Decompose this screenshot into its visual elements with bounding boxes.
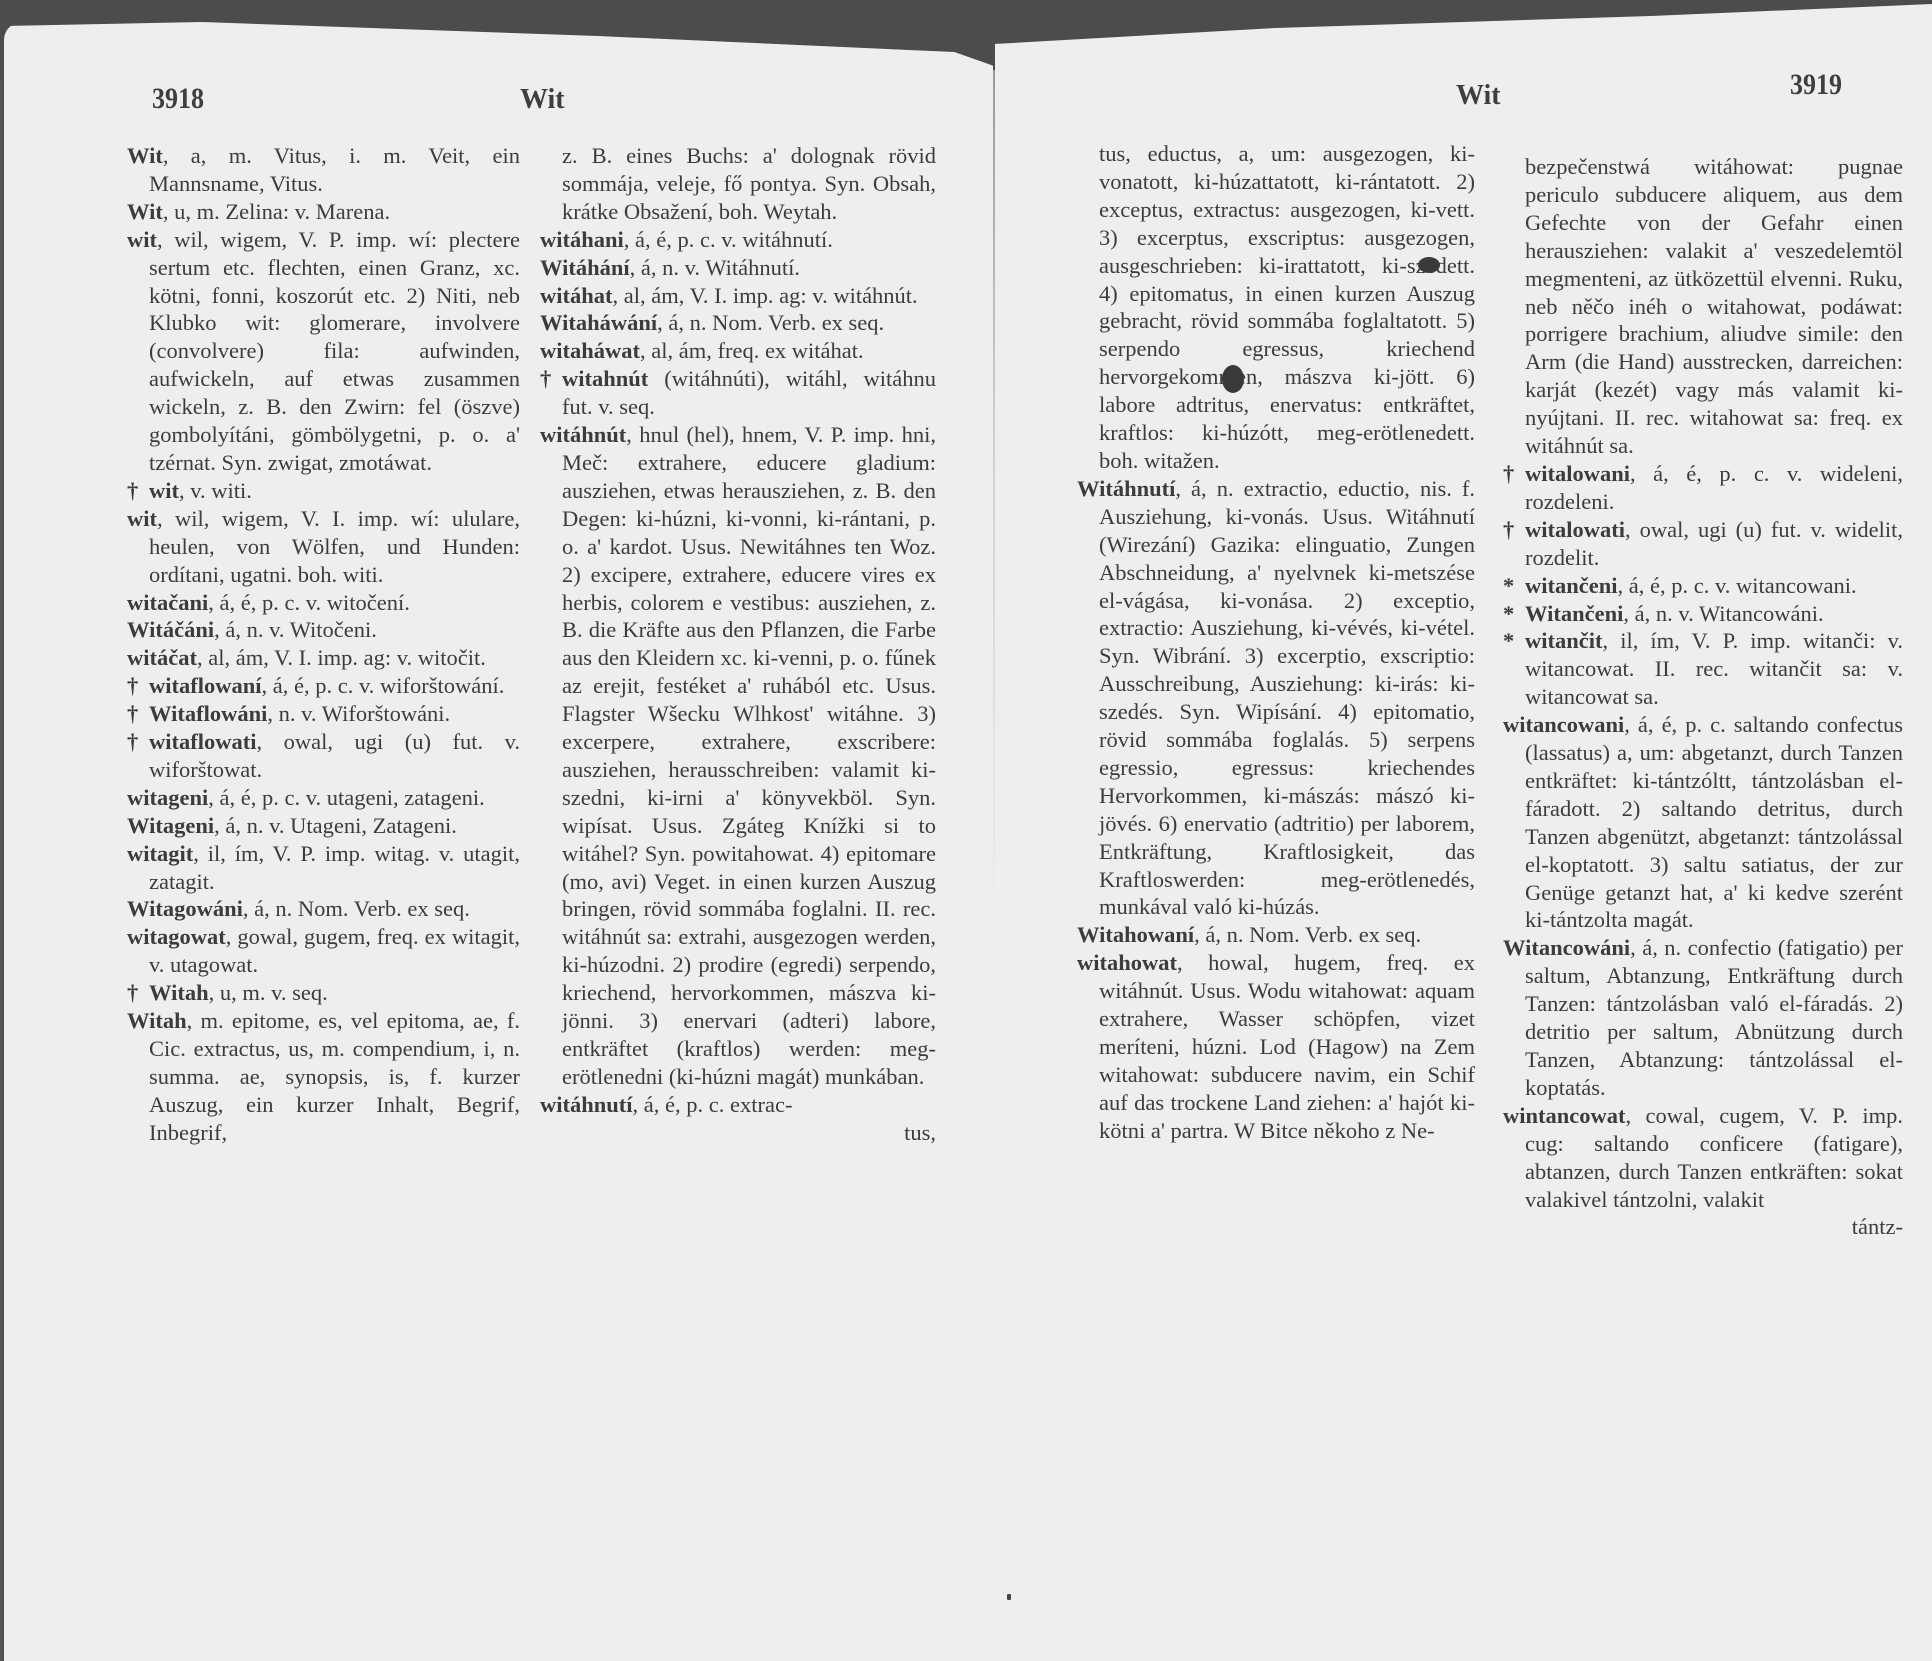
dictionary-entry: Witageni, á, n. v. Utageni, Zatageni. — [127, 812, 520, 840]
entry-headword: wit — [127, 506, 157, 531]
entry-headword: witaflowaní — [149, 673, 262, 698]
entry-headword: Witah — [127, 1008, 187, 1033]
dagger-mark-icon: † — [1503, 516, 1525, 544]
entry-headword: witageni — [127, 785, 208, 810]
entry-headword: Witáhnutí — [1077, 476, 1175, 501]
dagger-mark-icon: † — [1503, 460, 1525, 488]
dictionary-entry: †witaflowati, owal, ugi (u) fut. v. wifo… — [127, 728, 520, 784]
entry-definition: , á, n. v. Witáhnutí. — [630, 255, 800, 280]
entry-definition: , al, ám, V. I. imp. ag: v. witočit. — [197, 645, 486, 670]
running-head-left: Wit — [520, 84, 565, 116]
dictionary-entry: witancowani, á, é, p. c. saltando confec… — [1503, 711, 1903, 934]
dictionary-entry: witáčat, al, ám, V. I. imp. ag: v. witoč… — [127, 644, 520, 672]
dictionary-entry: witagit, il, ím, V. P. imp. witag. v. ut… — [127, 840, 520, 896]
dictionary-entry: bezpečenstwá witáhowat: pugnae periculo … — [1503, 153, 1903, 460]
dictionary-entry: †witalowani, á, é, p. c. v. wideleni, ro… — [1503, 460, 1903, 516]
dictionary-entry: witahowat, howal, hugem, freq. ex witáhn… — [1077, 949, 1475, 1144]
entry-definition: , u, m. v. seq. — [209, 980, 328, 1005]
dictionary-entry: †wit, v. witi. — [127, 477, 520, 505]
dictionary-entry: †witalowati, owal, ugi (u) fut. v. widel… — [1503, 516, 1903, 572]
dictionary-entry: witagowat, gowal, gugem, freq. ex witagi… — [127, 923, 520, 979]
dictionary-entry: wit, wil, wigem, V. P. imp. wí: plectere… — [127, 226, 520, 477]
entry-definition: , á, n. Nom. Verb. ex seq. — [1194, 922, 1421, 947]
entry-definition: , al, ám, V. I. imp. ag: v. witáhnút. — [613, 283, 918, 308]
entry-headword: Witageni — [127, 813, 214, 838]
entry-definition: z. B. eines Buchs: a' dolognak rövid som… — [562, 143, 936, 224]
asterisk-mark-icon: * — [1503, 572, 1525, 600]
entry-definition: , n. v. Wiforštowáni. — [267, 701, 450, 726]
entry-headword: Wit — [127, 143, 163, 168]
entry-definition: , á, n. v. Witancowáni. — [1623, 601, 1823, 626]
entry-definition: , á, é, p. c. extrac- — [633, 1092, 793, 1117]
entry-headword: witagit — [127, 841, 193, 866]
dictionary-entry: wit, wil, wigem, V. I. imp. wí: ululare,… — [127, 505, 520, 589]
entry-headword: witahnút — [562, 366, 648, 391]
dictionary-entry: †witahnút (witáhnúti), witáhl, witáhnu f… — [540, 365, 936, 421]
ink-speck — [1007, 1594, 1011, 1600]
entry-headword: Witancowáni — [1503, 935, 1630, 960]
entry-headword: Witáhání — [540, 255, 630, 280]
entry-headword: Witahowaní — [1077, 922, 1194, 947]
dictionary-entry: tus, eductus, a, um: ausgezogen, ki-vona… — [1077, 140, 1475, 475]
dagger-mark-icon: † — [127, 700, 149, 728]
entry-headword: witáčat — [127, 645, 197, 670]
page-number-left: 3918 — [152, 82, 204, 117]
entry-headword: Witančeni — [1525, 601, 1623, 626]
entry-definition: , wil, wigem, V. I. imp. wí: ululare, he… — [149, 506, 520, 587]
entry-definition: , v. witi. — [179, 478, 252, 503]
entry-headword: Wit — [127, 199, 163, 224]
dagger-mark-icon: † — [127, 477, 149, 505]
dictionary-entry: Witáhnutí, á, n. extractio, eductio, nis… — [1077, 475, 1475, 922]
entry-definition: , il, ím, V. P. imp. witag. v. utagit, z… — [149, 841, 520, 894]
asterisk-mark-icon: * — [1503, 627, 1525, 655]
entry-definition: , á, é, p. c. v. witočení. — [208, 590, 410, 615]
entry-definition: , á, n. Nom. Verb. ex seq. — [243, 896, 470, 921]
dictionary-entry: †Witaflowáni, n. v. Wiforštowáni. — [127, 700, 520, 728]
entry-definition: , á, é, p. c. v. witáhnutí. — [624, 227, 833, 252]
dictionary-entry: Witagowáni, á, n. Nom. Verb. ex seq. — [127, 895, 520, 923]
dagger-mark-icon: † — [127, 979, 149, 1007]
dictionary-entry: witáhnút, hnul (hel), hnem, V. P. imp. h… — [540, 421, 936, 1091]
entry-definition: , a, m. Vitus, i. m. Veit, ein Mannsname… — [149, 143, 520, 196]
book-edge — [0, 80, 3, 1661]
entry-headword: Witaflowáni — [149, 701, 267, 726]
entry-definition: tus, eductus, a, um: ausgezogen, ki-vona… — [1099, 141, 1475, 473]
dictionary-entry: Witah, m. epitome, es, vel epitoma, ae, … — [127, 1007, 520, 1147]
dictionary-entry: Witáhání, á, n. v. Witáhnutí. — [540, 254, 936, 282]
entry-definition: , u, m. Zelina: v. Marena. — [163, 199, 390, 224]
dictionary-entry: Witahowaní, á, n. Nom. Verb. ex seq. — [1077, 921, 1475, 949]
entry-definition: , al, ám, freq. ex witáhat. — [640, 338, 864, 363]
entry-definition: , wil, wigem, V. P. imp. wí: plectere se… — [149, 227, 520, 475]
dictionary-entry: witáhnutí, á, é, p. c. extrac- — [540, 1091, 936, 1119]
entry-headword: wintancowat — [1503, 1103, 1626, 1128]
dictionary-entry: witáhat, al, ám, V. I. imp. ag: v. witáh… — [540, 282, 936, 310]
entry-definition: , howal, hugem, freq. ex witáhnút. Usus.… — [1099, 950, 1475, 1142]
entry-definition: , m. epitome, es, vel epitoma, ae, f. Ci… — [149, 1008, 520, 1145]
catchword: tus, — [540, 1119, 936, 1147]
dictionary-entry: Witáčáni, á, n. v. Witočeni. — [127, 616, 520, 644]
column-right-page-2: bezpečenstwá witáhowat: pugnae periculo … — [1503, 153, 1903, 1241]
dictionary-entry: *witančeni, á, é, p. c. v. witancowani. — [1503, 572, 1903, 600]
entry-headword: witalowani — [1525, 461, 1630, 486]
dictionary-entry: wintancowat, cowal, cugem, V. P. imp. cu… — [1503, 1102, 1903, 1214]
entry-headword: witahowat — [1077, 950, 1177, 975]
entry-definition: bezpečenstwá witáhowat: pugnae periculo … — [1525, 154, 1903, 458]
dagger-mark-icon: † — [540, 365, 562, 393]
dictionary-entry: Wit, a, m. Vitus, i. m. Veit, ein Mannsn… — [127, 142, 520, 198]
entry-headword: witáhat — [540, 283, 613, 308]
entry-headword: wit — [127, 227, 157, 252]
page-number-right: 3919 — [1790, 68, 1842, 103]
entry-headword: Witagowáni — [127, 896, 243, 921]
entry-headword: witalowati — [1525, 517, 1625, 542]
dictionary-entry: z. B. eines Buchs: a' dolognak rövid som… — [540, 142, 936, 226]
entry-definition: , hnul (hel), hnem, V. P. imp. hni, Meč:… — [562, 422, 936, 1089]
entry-definition: , á, é, p. c. v. witancowani. — [1618, 573, 1857, 598]
dictionary-entry: witáhani, á, é, p. c. v. witáhnutí. — [540, 226, 936, 254]
entry-headword: Witah — [149, 980, 209, 1005]
dictionary-entry: witaháwat, al, ám, freq. ex witáhat. — [540, 337, 936, 365]
entry-headword: witáhani — [540, 227, 624, 252]
asterisk-mark-icon: * — [1503, 600, 1525, 628]
column-left-page-2: z. B. eines Buchs: a' dolognak rövid som… — [540, 142, 936, 1147]
entry-headword: witancowani — [1503, 712, 1624, 737]
entry-headword: witaflowati — [149, 729, 256, 754]
column-left-page-1: Wit, a, m. Vitus, i. m. Veit, ein Mannsn… — [127, 142, 520, 1147]
ink-blot — [1222, 365, 1244, 393]
column-right-page-1: tus, eductus, a, um: ausgezogen, ki-vona… — [1077, 140, 1475, 1145]
entry-definition: , á, é, p. c. v. wiforštowání. — [262, 673, 505, 698]
dagger-mark-icon: † — [127, 728, 149, 756]
entry-definition: , á, n. extractio, eductio, nis. f. Ausz… — [1099, 476, 1475, 920]
entry-definition: , á, é, p. c. saltando confectus (lassat… — [1525, 712, 1903, 932]
dictionary-entry: †Witah, u, m. v. seq. — [127, 979, 520, 1007]
entry-headword: Witaháwání — [540, 310, 657, 335]
entry-headword: Witáčáni — [127, 617, 214, 642]
entry-headword: witaháwat — [540, 338, 640, 363]
dictionary-entry: *witančit, il, ím, V. P. imp. witanči: v… — [1503, 627, 1903, 711]
dictionary-entry: Wit, u, m. Zelina: v. Marena. — [127, 198, 520, 226]
book-gutter — [993, 30, 995, 1650]
catchword: tántz- — [1503, 1213, 1903, 1241]
dictionary-entry: witačani, á, é, p. c. v. witočení. — [127, 589, 520, 617]
entry-headword: wit — [149, 478, 179, 503]
entry-headword: witančit — [1525, 628, 1603, 653]
dictionary-entry: †witaflowaní, á, é, p. c. v. wiforštowán… — [127, 672, 520, 700]
entry-definition: , á, n. v. Witočeni. — [214, 617, 377, 642]
dictionary-entry: witageni, á, é, p. c. v. utageni, zatage… — [127, 784, 520, 812]
entry-definition: , á, é, p. c. v. utageni, zatageni. — [208, 785, 485, 810]
entry-headword: witáhnutí — [540, 1092, 633, 1117]
dagger-mark-icon: † — [127, 672, 149, 700]
running-head-right: Wit — [1456, 80, 1501, 112]
entry-headword: witačani — [127, 590, 208, 615]
entry-headword: witančeni — [1525, 573, 1618, 598]
entry-headword: witáhnút — [540, 422, 626, 447]
dictionary-entry: Witaháwání, á, n. Nom. Verb. ex seq. — [540, 309, 936, 337]
entry-headword: witagowat — [127, 924, 226, 949]
entry-definition: , á, n. Nom. Verb. ex seq. — [657, 310, 884, 335]
dictionary-entry: Witancowáni, á, n. confectio (fatigatio)… — [1503, 934, 1903, 1101]
dictionary-entry: *Witančeni, á, n. v. Witancowáni. — [1503, 600, 1903, 628]
entry-definition: , á, n. v. Utageni, Zatageni. — [214, 813, 457, 838]
ink-blot — [1418, 257, 1440, 273]
